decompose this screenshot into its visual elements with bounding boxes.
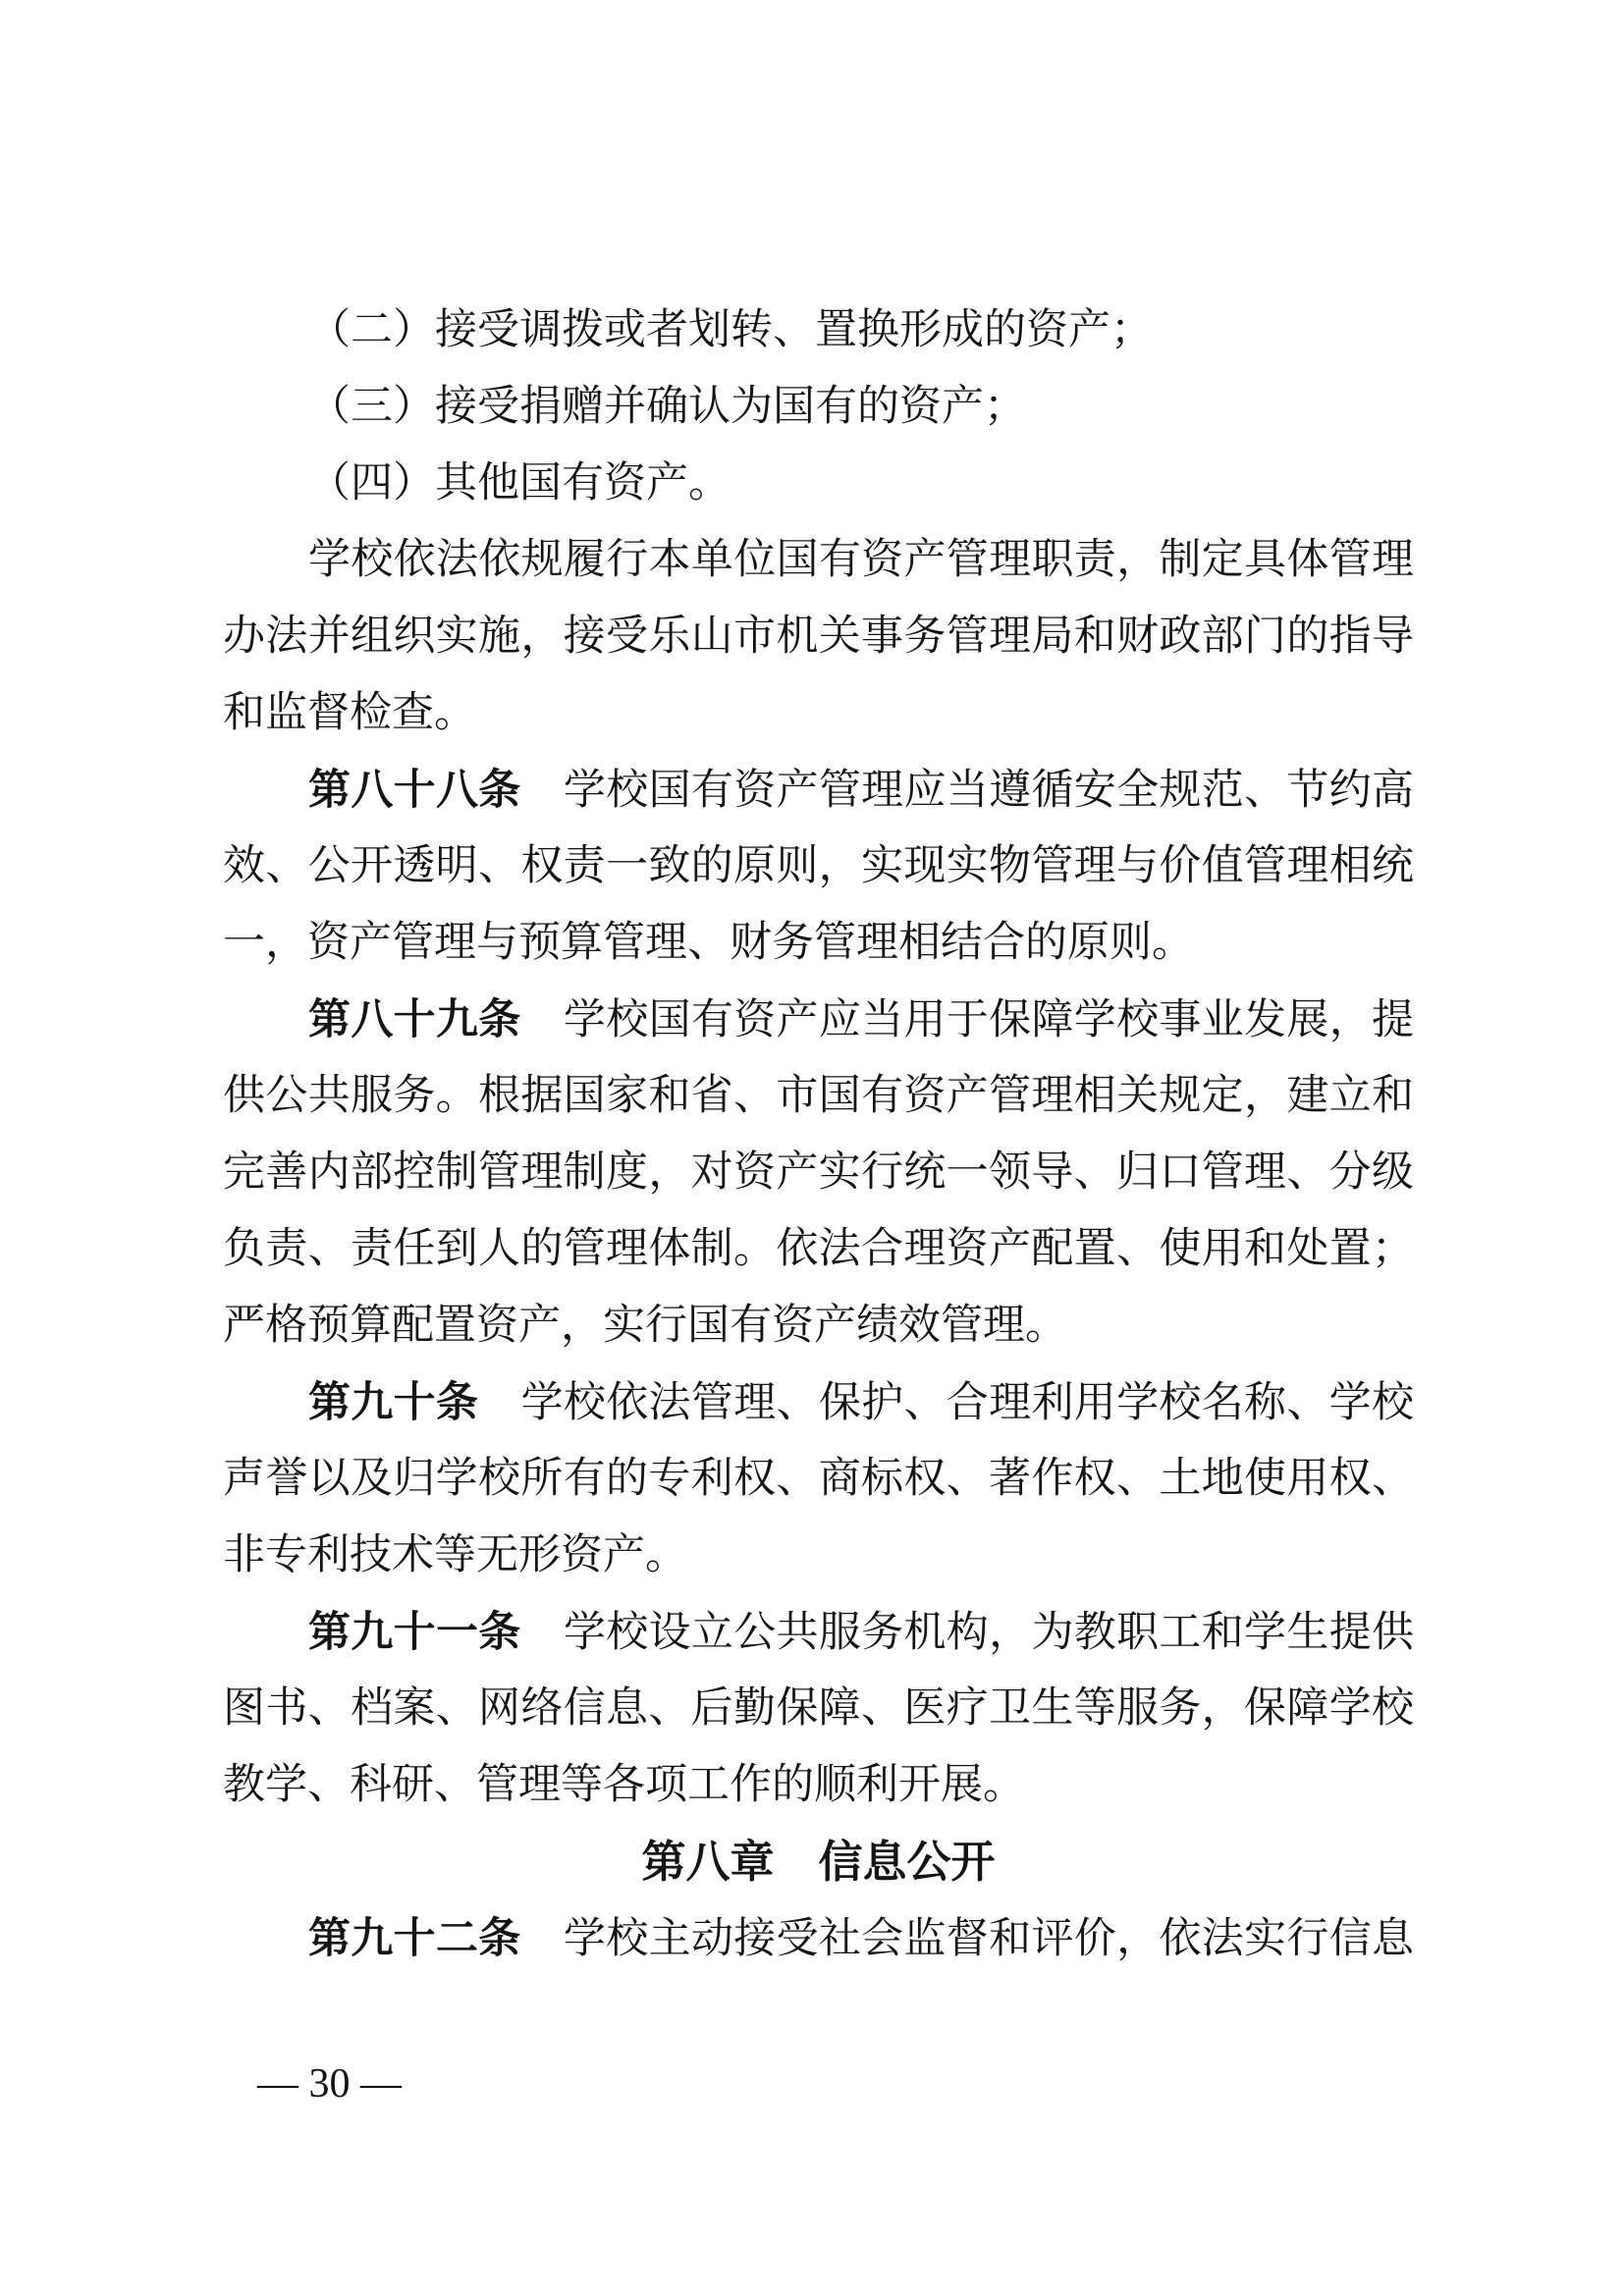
line-text: 和监督检查。 [223, 690, 476, 736]
text-line: 非专利技术等无形资产。 [223, 1518, 1414, 1594]
text-line: 声誉以及归学校所有的专利权、商标权、著作权、土地使用权、 [223, 1441, 1414, 1518]
article-number: 第八十八条 [308, 767, 521, 814]
text-line: （二）接受调拨或者划转、置换形成的资产； [223, 293, 1414, 369]
line-text: 办法并组织实施，接受乐山市机关事务管理局和财政部门的指导 [223, 614, 1414, 660]
text-line: 第九十一条 学校设立公共服务机构，为教职工和学生提供 [223, 1594, 1414, 1671]
line-text: （四）其他国有资产。 [308, 460, 731, 507]
text-line: 第九十二条 学校主动接受社会监督和评价，依法实行信息 [223, 1900, 1414, 1977]
line-text: 声誉以及归学校所有的专利权、商标权、著作权、土地使用权、 [223, 1456, 1414, 1502]
line-text: 学校依法管理、保护、合理利用学校名称、学校 [478, 1380, 1414, 1426]
line-text: 学校设立公共服务机构，为教职工和学生提供 [521, 1610, 1414, 1656]
text-line: 第九十条 学校依法管理、保护、合理利用学校名称、学校 [223, 1364, 1414, 1441]
line-text: 完善内部控制管理制度，对资产实行统一领导、归口管理、分级 [223, 1149, 1414, 1196]
line-text: （二）接受调拨或者划转、置换形成的资产； [308, 307, 1153, 353]
line-text: 图书、档案、网络信息、后勤保障、医疗卫生等服务，保障学校 [223, 1685, 1414, 1732]
document-body: （二）接受调拨或者划转、置换形成的资产；（三）接受捐赠并确认为国有的资产；（四）… [223, 293, 1414, 1977]
line-text: 教学、科研、管理等各项工作的顺利开展。 [223, 1762, 1025, 1808]
line-text: 供公共服务。根据国家和省、市国有资产管理相关规定，建立和 [223, 1073, 1414, 1119]
line-text: （三）接受捐赠并确认为国有的资产； [308, 384, 1026, 430]
text-line: 效、公开透明、权责一致的原则，实现实物管理与价值管理相统 [223, 828, 1414, 905]
text-line: 学校依法依规履行本单位国有资产管理职责，制定具体管理 [223, 522, 1414, 599]
line-text: 效、公开透明、权责一致的原则，实现实物管理与价值管理相统 [223, 843, 1414, 889]
text-line: 完善内部控制管理制度，对资产实行统一领导、归口管理、分级 [223, 1135, 1414, 1211]
chapter-heading: 第八章 信息公开 [223, 1824, 1414, 1900]
line-text: 学校主动接受社会监督和评价，依法实行信息 [521, 1916, 1414, 1962]
page-footer: — 30 — [257, 2059, 402, 2109]
text-line: 负责、责任到人的管理体制。依法合理资产配置、使用和处置； [223, 1211, 1414, 1288]
text-line: （四）其他国有资产。 [223, 446, 1414, 522]
article-number: 第九十一条 [308, 1609, 521, 1656]
line-text: 非专利技术等无形资产。 [223, 1532, 687, 1578]
line-text: 学校依法依规履行本单位国有资产管理职责，制定具体管理 [308, 537, 1414, 583]
line-text: 负责、责任到人的管理体制。依法合理资产配置、使用和处置； [223, 1226, 1414, 1272]
text-line: 和监督检查。 [223, 675, 1414, 752]
text-line: （三）接受捐赠并确认为国有的资产； [223, 369, 1414, 446]
text-line: 办法并组织实施，接受乐山市机关事务管理局和财政部门的指导 [223, 599, 1414, 675]
page-number-text: — 30 — [257, 2061, 402, 2107]
text-line: 供公共服务。根据国家和省、市国有资产管理相关规定，建立和 [223, 1058, 1414, 1135]
text-line: 第八十八条 学校国有资产管理应当遵循安全规范、节约高 [223, 752, 1414, 828]
line-text: 学校国有资产应当用于保障学校事业发展，提 [521, 997, 1414, 1043]
text-line: 严格预算配置资产，实行国有资产绩效管理。 [223, 1288, 1414, 1364]
line-text: 一，资产管理与预算管理、财务管理相结合的原则。 [223, 920, 1194, 966]
text-line: 图书、档案、网络信息、后勤保障、医疗卫生等服务，保障学校 [223, 1671, 1414, 1747]
document-page: （二）接受调拨或者划转、置换形成的资产；（三）接受捐赠并确认为国有的资产；（四）… [0, 0, 1624, 2296]
article-number: 第八章 信息公开 [641, 1837, 995, 1887]
line-text: 严格预算配置资产，实行国有资产绩效管理。 [223, 1303, 1067, 1349]
text-line: 一，资产管理与预算管理、财务管理相结合的原则。 [223, 905, 1414, 982]
article-number: 第八十九条 [308, 996, 521, 1043]
text-line: 教学、科研、管理等各项工作的顺利开展。 [223, 1747, 1414, 1824]
text-line: 第八十九条 学校国有资产应当用于保障学校事业发展，提 [223, 982, 1414, 1058]
article-number: 第九十条 [308, 1379, 478, 1426]
line-text: 学校国有资产管理应当遵循安全规范、节约高 [521, 768, 1414, 814]
article-number: 第九十二条 [308, 1915, 521, 1962]
